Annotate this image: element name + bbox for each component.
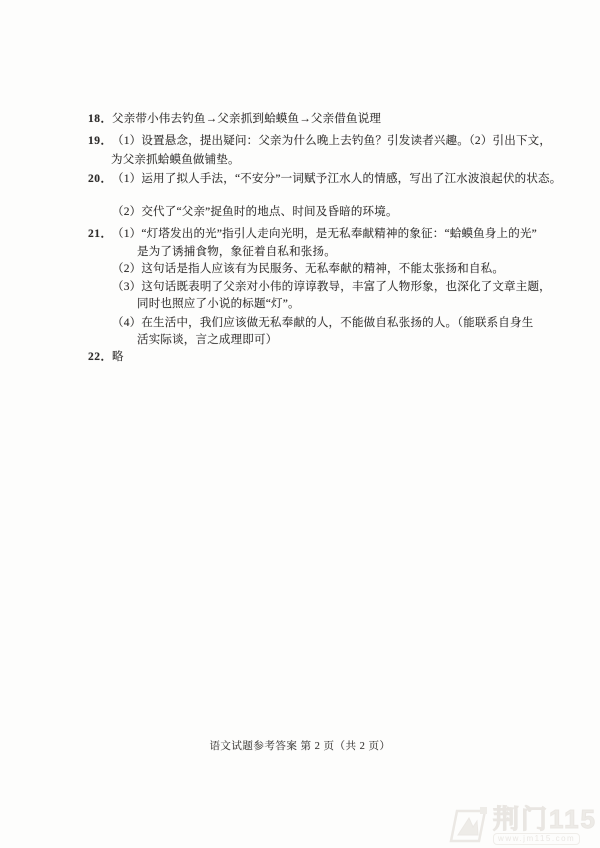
watermark-text: 荆门115 www.jm115.com (493, 806, 597, 845)
question-number: 18． (88, 110, 113, 126)
answer-text: （4）在生活中，我们应该做无私奉献的人，不能做自私张扬的人。（能联系自身生 (112, 314, 533, 330)
answer-line: 18．父亲带小伟去钓鱼→父亲抓到蛤蟆鱼→父亲借鱼说理 (0, 110, 600, 126)
watermark: 荆门115 www.jm115.com (447, 805, 597, 845)
answer-line: （3）这句话既表明了父亲对小伟的谆谆教导，丰富了人物形象，也深化了文章主题， (0, 278, 600, 294)
answer-line: 22．略 (0, 348, 600, 364)
answer-text-block: 18．父亲带小伟去钓鱼→父亲抓到蛤蟆鱼→父亲借鱼说理19．（1）设置悬念，提出疑… (0, 0, 600, 848)
answer-line: 为父亲抓蛤蟆鱼做铺垫。 (0, 151, 600, 167)
question-number: 20． (88, 170, 113, 186)
answer-text: 父亲带小伟去钓鱼→父亲抓到蛤蟆鱼→父亲借鱼说理 (112, 110, 381, 126)
answer-text: 活实际谈，言之成理即可） (137, 331, 277, 347)
answer-text: 同时也照应了小说的标题“灯”。 (137, 295, 300, 311)
answer-line: （2）交代了“父亲”捉鱼时的地点、时间及昏暗的环境。 (0, 203, 600, 219)
answer-text: （1）设置悬念，提出疑问：父亲为什么晚上去钓鱼？引发读者兴趣。（2）引出下文， (112, 132, 551, 148)
answer-text: （1）“灯塔发出的光”指引人走向光明，是无私奉献精神的象征：“蛤蟆鱼身上的光” (112, 225, 537, 241)
scanned-answer-page: 18．父亲带小伟去钓鱼→父亲抓到蛤蟆鱼→父亲借鱼说理19．（1）设置悬念，提出疑… (0, 0, 600, 848)
watermark-title: 荆门115 (493, 806, 597, 832)
answer-text: 是为了诱捕食物，象征着自私和张扬。 (137, 243, 336, 259)
answer-text: 为父亲抓蛤蟆鱼做铺垫。 (111, 151, 240, 167)
answer-line: 活实际谈，言之成理即可） (0, 331, 600, 347)
answer-line: 21．（1）“灯塔发出的光”指引人走向光明，是无私奉献精神的象征：“蛤蟆鱼身上的… (0, 225, 600, 241)
page-footer: 语文试题参考答案 第 2 页（共 2 页） (0, 738, 600, 753)
answer-text: 略 (112, 348, 124, 364)
answer-line: 19．（1）设置悬念，提出疑问：父亲为什么晚上去钓鱼？引发读者兴趣。（2）引出下… (0, 132, 600, 148)
answer-text: （1）运用了拟人手法，“不安分”一词赋予江水人的情感，写出了江水波浪起伏的状态。 (112, 170, 561, 186)
question-number: 21． (88, 225, 113, 241)
answer-line: （2）这句话是指人应该有为民服务、无私奉献的精神，不能太张扬和自私。 (0, 260, 600, 276)
jm115-logo-icon (447, 805, 489, 845)
answer-line: 同时也照应了小说的标题“灯”。 (0, 295, 600, 311)
answer-text: （2）交代了“父亲”捉鱼时的地点、时间及昏暗的环境。 (112, 203, 398, 219)
question-number: 22． (88, 348, 113, 364)
answer-line: 是为了诱捕食物，象征着自私和张扬。 (0, 243, 600, 259)
question-number: 19． (88, 132, 113, 148)
answer-text: （3）这句话既表明了父亲对小伟的谆谆教导，丰富了人物形象，也深化了文章主题， (112, 278, 551, 294)
answer-line: （4）在生活中，我们应该做无私奉献的人，不能做自私张扬的人。（能联系自身生 (0, 314, 600, 330)
watermark-url: www.jm115.com (493, 833, 580, 845)
answer-text: （2）这句话是指人应该有为民服务、无私奉献的精神，不能太张扬和自私。 (112, 260, 504, 276)
answer-line: 20．（1）运用了拟人手法，“不安分”一词赋予江水人的情感，写出了江水波浪起伏的… (0, 170, 600, 186)
